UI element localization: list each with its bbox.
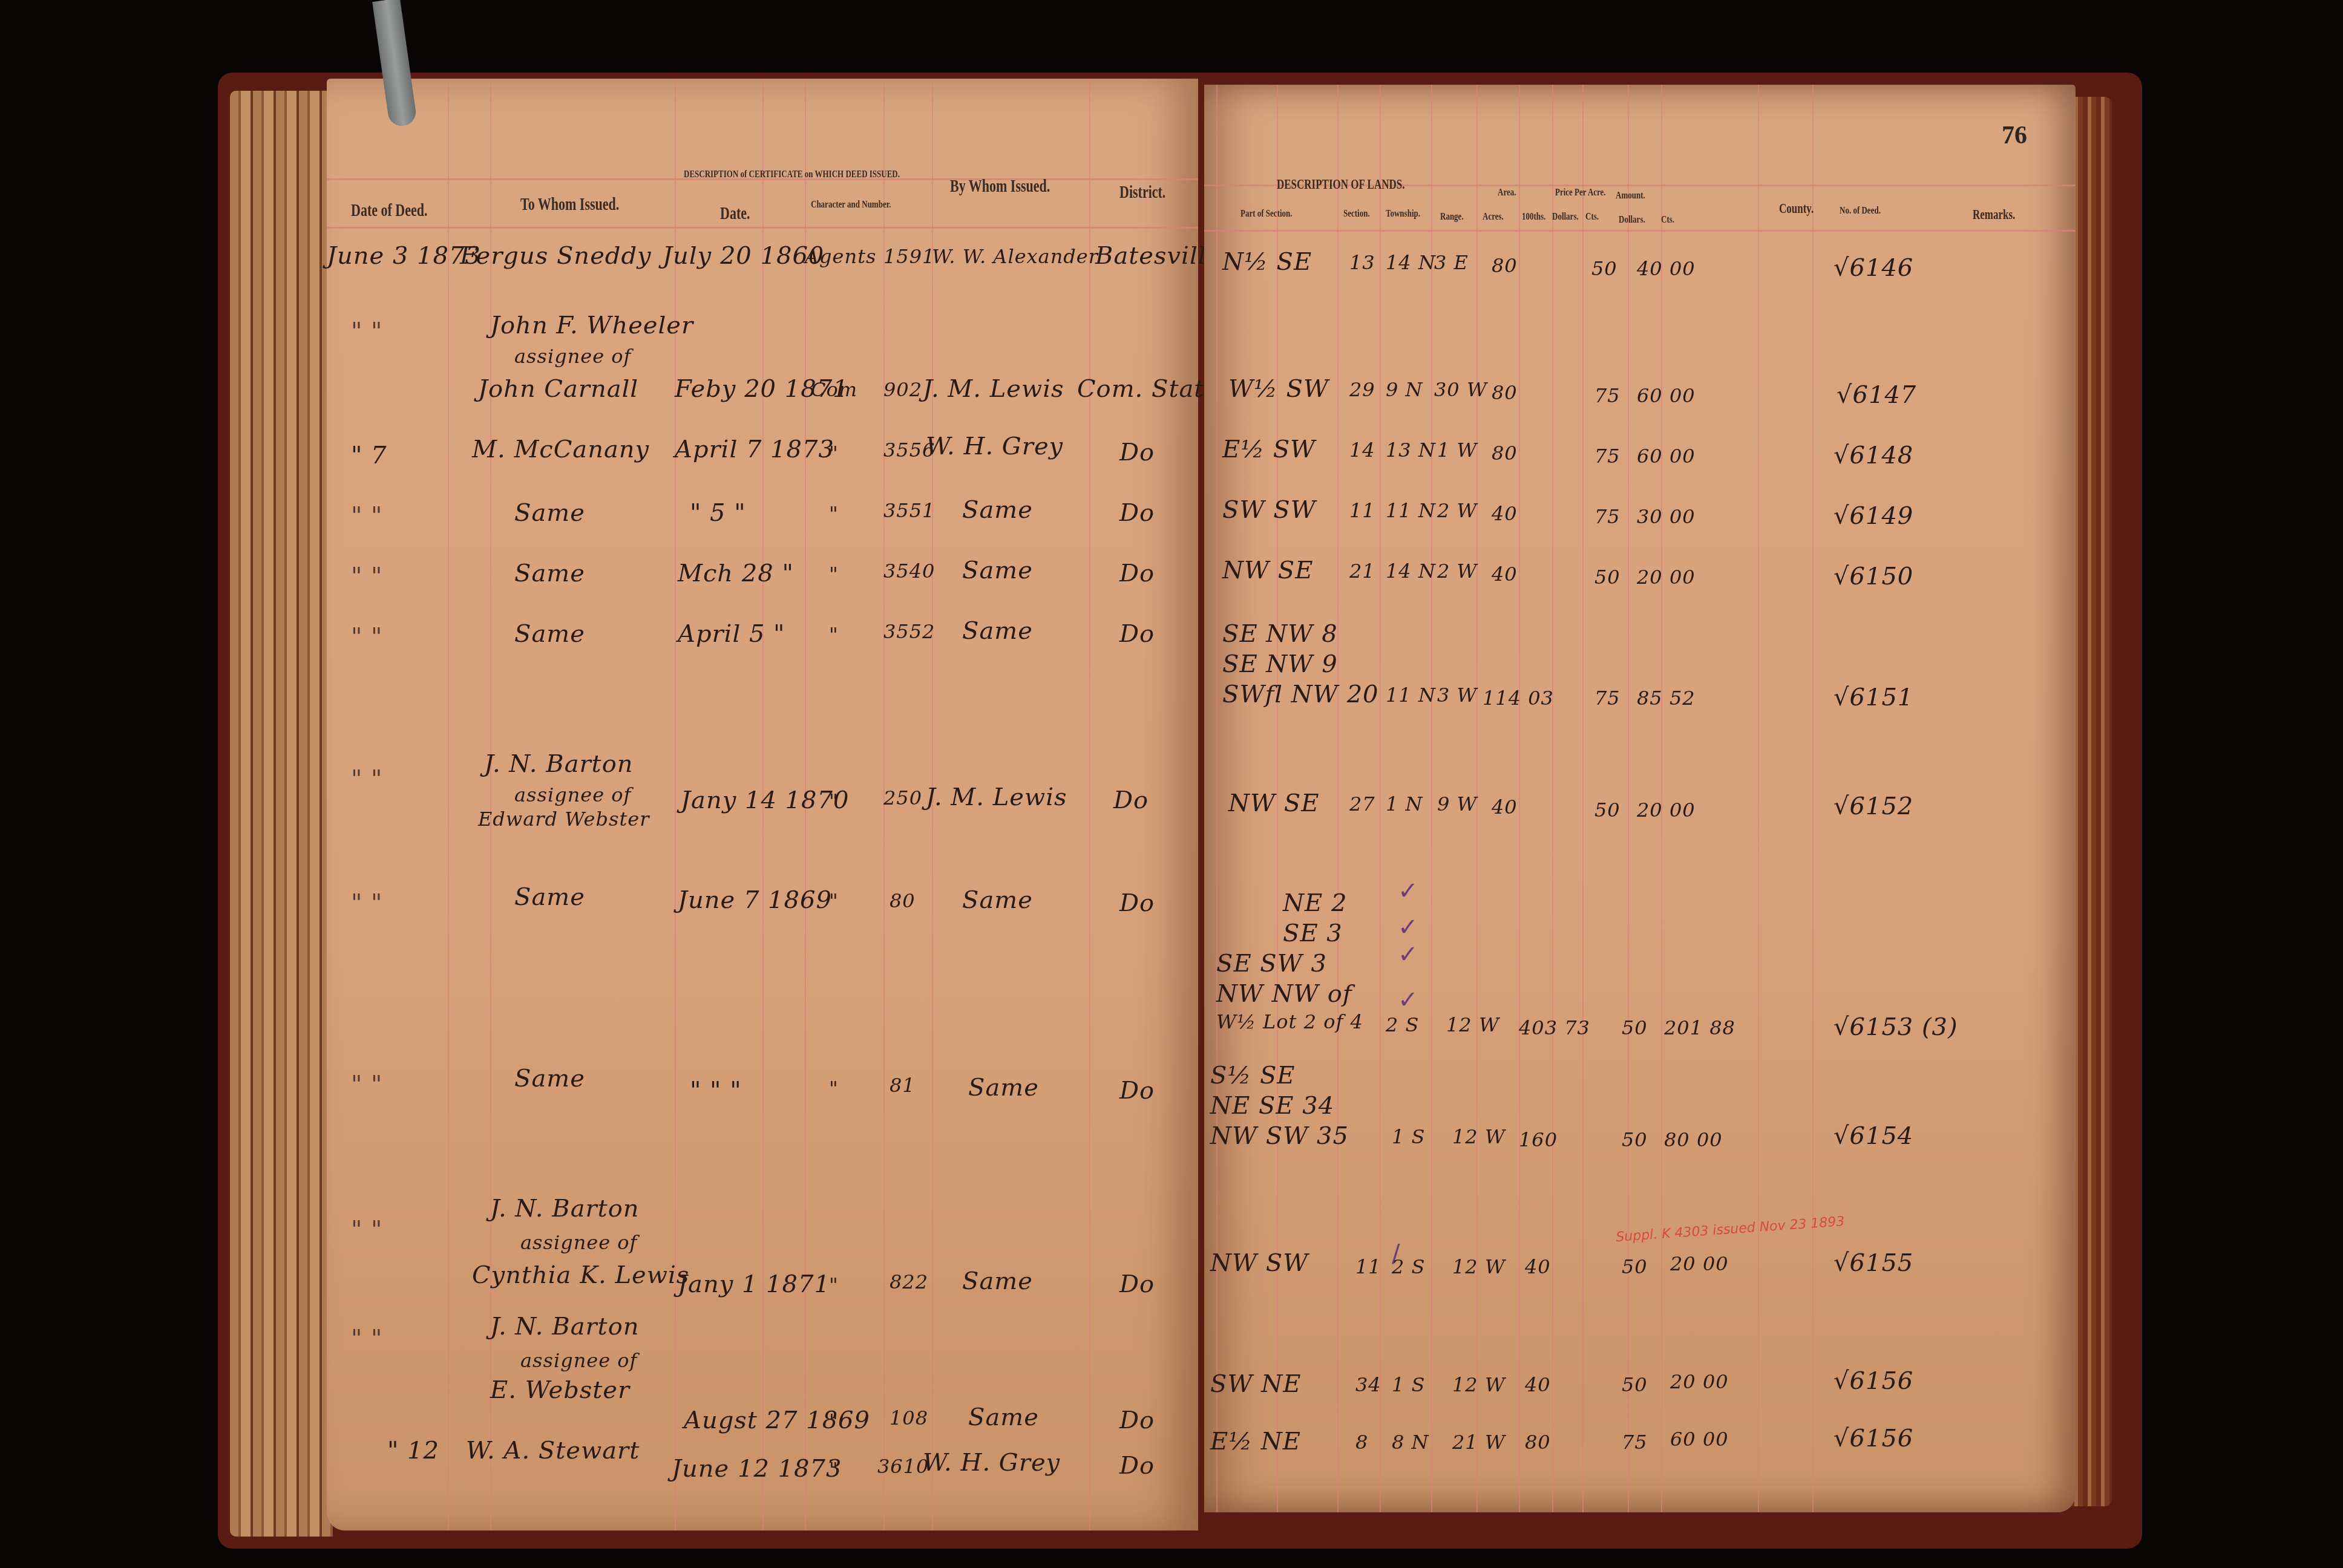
price-per-acre: 75	[1622, 1431, 1648, 1454]
range: 12 W	[1452, 1373, 1506, 1396]
part-of-section: N½ SE	[1222, 248, 1312, 276]
cert-number: 822	[890, 1270, 928, 1293]
district: Do	[1119, 889, 1155, 917]
left-ledger-rows: June 3 1873 Fergus Sneddy July 20 1860 A…	[327, 79, 1198, 1530]
assignor: Cynthia K. Lewis	[472, 1261, 689, 1289]
assignee-of-label: assignee of	[514, 345, 631, 368]
cert-character: "	[829, 563, 839, 586]
deed-date: " "	[351, 318, 383, 345]
part-of-section: NW SW	[1210, 1249, 1308, 1277]
part-of-section-line: SE SW 3	[1216, 950, 1327, 978]
issued-by: Same	[968, 1403, 1039, 1431]
part-of-section-line: NE SE 34	[1210, 1092, 1334, 1120]
township: 14 N	[1386, 560, 1436, 583]
red-ink-remark: Suppl. K 4303 issued Nov 23 1893	[1616, 1214, 1846, 1245]
acres: 160	[1519, 1128, 1558, 1151]
amount: 201 88	[1664, 1016, 1735, 1039]
acres: 40	[1492, 502, 1518, 525]
price-per-acre: 75	[1594, 445, 1620, 468]
district: Do	[1119, 1077, 1155, 1105]
amount: 40 00	[1637, 257, 1696, 280]
range: 9 W	[1437, 792, 1477, 815]
grantee: M. McCanany	[472, 436, 649, 463]
deed-date: " "	[351, 765, 383, 793]
deed-date: June 3 1873	[327, 242, 481, 270]
deed-number: √6156	[1833, 1425, 1913, 1452]
deed-date: " "	[351, 623, 383, 651]
range: 12 W	[1446, 1013, 1499, 1036]
deed-number: √6155	[1833, 1249, 1913, 1277]
left-page-edges	[230, 91, 333, 1537]
range: 30 W	[1434, 378, 1487, 401]
deed-number: √6152	[1833, 792, 1913, 820]
cert-date: " 5 "	[690, 499, 746, 527]
cert-date: April 7 1873	[675, 436, 834, 463]
deed-number: √6151	[1833, 684, 1913, 711]
cert-date: " " "	[690, 1077, 742, 1105]
issued-by: W. H. Grey	[923, 1449, 1060, 1477]
price-per-acre: 50	[1591, 257, 1617, 280]
price-per-acre: 50	[1594, 799, 1620, 822]
range: 2 W	[1437, 499, 1477, 522]
price-per-acre: 50	[1622, 1128, 1648, 1151]
price-per-acre: 75	[1594, 384, 1620, 407]
section: 14	[1349, 439, 1375, 462]
district: Do	[1119, 1406, 1155, 1434]
issued-by: J. M. Lewis	[926, 783, 1067, 811]
amount: 60 00	[1637, 445, 1696, 468]
section: 13	[1349, 251, 1375, 274]
part-of-section-line: NW SW 35	[1210, 1122, 1349, 1150]
section: 11	[1355, 1255, 1381, 1278]
section: 29	[1349, 378, 1375, 401]
cert-number: 250	[883, 786, 922, 809]
price-per-acre: 50	[1594, 566, 1620, 589]
part-of-section-line: W½ Lot 2 of 4	[1216, 1010, 1363, 1033]
assignor: Edward Webster	[478, 808, 649, 831]
deed-number: √6148	[1833, 442, 1913, 469]
cert-number: 902	[883, 378, 922, 401]
price-per-acre: 50	[1622, 1373, 1648, 1396]
cert-number: 3552	[883, 620, 935, 643]
grantee: Fergus Sneddy	[460, 242, 652, 270]
district: Do	[1119, 560, 1155, 587]
amount: 30 00	[1637, 505, 1696, 528]
cert-number: 1591	[883, 245, 935, 268]
township: 1 S	[1392, 1373, 1425, 1396]
deed-date: " 12	[387, 1437, 439, 1465]
part-of-section: E½ NE	[1210, 1428, 1301, 1455]
deed-number: √6150	[1833, 563, 1913, 590]
township: 11 N	[1386, 499, 1436, 522]
township: 8 N	[1392, 1431, 1429, 1454]
township: 2 S	[1386, 1013, 1419, 1036]
district: Do	[1113, 786, 1149, 814]
part-of-section-line: SE NW 9	[1222, 650, 1338, 678]
issued-by: Same	[962, 617, 1033, 645]
section: 11	[1349, 499, 1375, 522]
purple-check-icon: ✓	[1398, 877, 1418, 905]
assignee-of-label: assignee of	[520, 1349, 637, 1372]
cert-date: Mch 28 "	[678, 560, 794, 587]
issued-by: J. M. Lewis	[923, 375, 1064, 403]
cert-number: 3540	[883, 560, 935, 583]
cert-date: Jany 14 1870	[681, 786, 849, 814]
grantee: J. N. Barton	[490, 1313, 640, 1341]
deed-date: " "	[351, 889, 383, 917]
amount: 20 00	[1670, 1370, 1729, 1393]
part-of-section-line: NE 2	[1283, 889, 1347, 917]
cert-character: "	[829, 623, 839, 646]
cert-number: 80	[890, 889, 916, 912]
amount: 60 00	[1637, 384, 1696, 407]
deed-number: √6154	[1833, 1122, 1913, 1150]
cert-date: Jany 1 1871	[678, 1270, 830, 1298]
grantee: Same	[514, 883, 585, 911]
range: 2 W	[1437, 560, 1477, 583]
cert-character: "	[829, 1077, 839, 1100]
purple-check-icon: ✓	[1398, 941, 1418, 969]
cert-number: 3551	[883, 499, 935, 522]
deed-date: " "	[351, 563, 383, 590]
acres: 80	[1525, 1431, 1551, 1454]
township: 1 S	[1392, 1125, 1425, 1148]
issued-by: W. W. Alexander	[932, 245, 1098, 268]
township: 2 S	[1392, 1255, 1425, 1278]
deed-date: " "	[351, 502, 383, 530]
deed-number: √6156	[1833, 1367, 1913, 1395]
range: 3 E	[1434, 251, 1469, 274]
acres: 40	[1525, 1373, 1551, 1396]
cert-character: Agents	[805, 245, 876, 268]
purple-check-icon: ✓	[1398, 986, 1418, 1014]
grantee: W. A. Stewart	[466, 1437, 640, 1465]
amount: 20 00	[1637, 566, 1696, 589]
range: 1 W	[1437, 439, 1477, 462]
range: 12 W	[1452, 1255, 1506, 1278]
cert-date: April 5 "	[678, 620, 785, 648]
deed-date: " 7	[351, 442, 387, 469]
cert-number: 81	[890, 1074, 916, 1097]
amount: 80 00	[1664, 1128, 1723, 1151]
part-of-section: SW NE	[1210, 1370, 1301, 1398]
amount: 85 52	[1637, 687, 1696, 710]
assignee-of-label: assignee of	[514, 783, 631, 806]
grantee: John F. Wheeler	[490, 312, 693, 339]
cert-character: "	[829, 789, 839, 812]
amount: 20 00	[1670, 1252, 1729, 1275]
price-per-acre: 75	[1594, 687, 1620, 710]
cert-character: "	[829, 1273, 839, 1296]
township: 14 N	[1386, 251, 1436, 274]
section: 34	[1355, 1373, 1381, 1396]
district: Do	[1119, 1270, 1155, 1298]
cert-date: July 20 1860	[663, 242, 824, 270]
range: 12 W	[1452, 1125, 1506, 1148]
range: 21 W	[1452, 1431, 1506, 1454]
district: Do	[1119, 1452, 1155, 1480]
part-of-section-line: SE NW 8	[1222, 620, 1338, 648]
acres: 114 03	[1483, 687, 1554, 710]
grantee: Same	[514, 620, 585, 648]
cert-character: "	[829, 1458, 839, 1481]
part-of-section-line: S½ SE	[1210, 1062, 1296, 1089]
part-of-section: W½ SW	[1228, 375, 1329, 403]
amount: 60 00	[1670, 1428, 1729, 1451]
district: Do	[1119, 499, 1155, 527]
deed-number: √6147	[1837, 381, 1916, 409]
issued-by: Same	[962, 557, 1033, 584]
township: 9 N	[1386, 378, 1423, 401]
cert-date: Augst 27 1869	[684, 1406, 870, 1434]
grantee: Same	[514, 560, 585, 587]
deed-number: √6146	[1833, 254, 1913, 282]
issued-by: Same	[962, 886, 1033, 914]
acres: 403 73	[1519, 1016, 1590, 1039]
cert-date: June 12 1873	[672, 1455, 842, 1483]
part-of-section-line: NW NW of	[1216, 980, 1352, 1008]
cert-character: Com	[811, 378, 857, 401]
purple-check-icon: ✓	[1398, 913, 1418, 941]
deed-number: √6153 (3)	[1833, 1013, 1958, 1041]
cert-character: "	[829, 1410, 839, 1432]
part-of-section: SW SW	[1222, 496, 1316, 524]
issued-by: W. H. Grey	[926, 433, 1063, 460]
acres: 80	[1492, 381, 1518, 404]
right-ledger-rows: N½ SE 13 14 N 3 E 80 50 40 00 √6146 W½ S…	[1204, 85, 2076, 1512]
cert-character: "	[829, 502, 839, 525]
grantee: J. N. Barton	[490, 1195, 640, 1223]
part-of-section-line: SE 3	[1283, 920, 1343, 947]
part-of-section: NW SE	[1228, 789, 1319, 817]
grantee: J. N. Barton	[484, 750, 634, 778]
amount: 20 00	[1637, 799, 1696, 822]
district: Batesville	[1095, 242, 1221, 270]
part-of-section-line: SWfl NW 20	[1222, 681, 1379, 708]
cert-number: 3610	[877, 1455, 929, 1478]
section: 27	[1349, 792, 1375, 815]
acres: 40	[1492, 795, 1518, 818]
cert-character: "	[829, 889, 839, 912]
price-per-acre: 75	[1594, 505, 1620, 528]
township: 13 N	[1386, 439, 1436, 462]
acres: 80	[1492, 442, 1518, 465]
section: 8	[1355, 1431, 1368, 1454]
assignor: E. Webster	[490, 1376, 630, 1404]
right-page-edges	[2069, 97, 2112, 1506]
acres: 40	[1492, 563, 1518, 586]
right-page: 76 DESCRIPTION OF LANDS. Part of Section…	[1204, 85, 2076, 1512]
cert-number: 108	[890, 1406, 928, 1429]
deed-date: " "	[351, 1071, 383, 1099]
price-per-acre: 50	[1622, 1016, 1648, 1039]
acres: 40	[1525, 1255, 1551, 1278]
grantee: Same	[514, 499, 585, 527]
issued-by: Same	[968, 1074, 1039, 1102]
deed-date: " "	[351, 1325, 383, 1353]
assignee-of-label: assignee of	[520, 1231, 637, 1254]
left-page: Date of Deed. To Whom Issued. DESCRIPTIO…	[327, 79, 1198, 1530]
section: 21	[1349, 560, 1375, 583]
acres: 80	[1492, 254, 1518, 277]
range: 3 W	[1437, 684, 1477, 707]
township: 11 N	[1386, 684, 1436, 707]
part-of-section: NW SE	[1222, 557, 1313, 584]
cert-character: "	[829, 442, 839, 465]
district: Do	[1119, 620, 1155, 648]
township: 1 N	[1386, 792, 1423, 815]
cert-date: June 7 1869	[678, 886, 832, 914]
district: Com. State	[1077, 375, 1219, 403]
grantee: Same	[514, 1065, 585, 1093]
issued-by: Same	[962, 1267, 1033, 1295]
district: Do	[1119, 439, 1155, 466]
assignor: John Carnall	[478, 375, 638, 403]
deed-date: " "	[351, 1216, 383, 1244]
part-of-section: E½ SW	[1222, 436, 1316, 463]
deed-number: √6149	[1833, 502, 1913, 530]
price-per-acre: 50	[1622, 1255, 1648, 1278]
issued-by: Same	[962, 496, 1033, 524]
